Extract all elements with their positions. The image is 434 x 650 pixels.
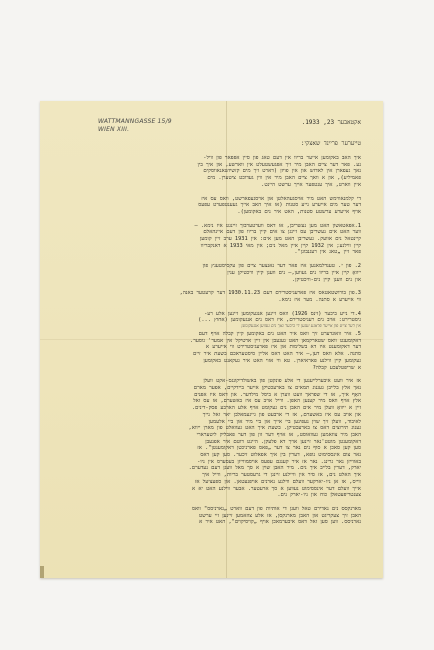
text-line: קיינטאל נים אוועק. געשריבן האט מען אים: … (60, 236, 361, 243)
text-line: און נים ווענן קיין נים-וויכטיקן. (60, 277, 361, 284)
text-line: האָף איך, אז די שפראך וועט ווערן א ביסל … (60, 392, 361, 399)
text-line: 5. איר וואונדערט זיך וואס איר האט נים בא… (60, 331, 361, 338)
text-line: זיין א ייוואָ וועלן מיר אים האבן נים געק… (60, 405, 361, 412)
text-line: קיין ווילנע; אין 1932 קיין איין מאל נים;… (60, 243, 361, 250)
text-line: האבן מיר צוזאמען געוואוסט, אז אויף דער ז… (60, 432, 361, 439)
letter-date: אקטאבער 23, 1933. (302, 119, 361, 126)
text-line: פאמיליע), און א וואך ציים האבן מיר אין ו… (60, 175, 361, 182)
text-line: נאר צום אינססימוט נופא, דערין בין איך אפ… (60, 452, 361, 459)
paragraph-closing: מארנקסס נים נאדירם טאל וועגן די אותיות פ… (60, 506, 361, 526)
paragraph-questions: די קלמנאווימש האט מיר אויסגעהאלטן און או… (60, 196, 361, 216)
text-line: אז איר וועט איבערלייענען די אלע פונקטן פ… (60, 378, 361, 385)
address-line-1: WATTMANNGASSE 15/9 (98, 118, 172, 126)
text-line: נארניסס. ווען סען זאל דאס איבערמאכן אויף… (60, 519, 361, 526)
text-line: ווי אייערע א סתנה. מער איז נימא. (60, 297, 361, 304)
text-line: 4.די נייע ביכער (זינס 1926) וואס זיינען … (60, 311, 361, 318)
letter-salutation: טייערער פריינד שאצקי: (301, 140, 361, 147)
text-line: פאר זיין „טאג אין רעגנבוגן". (60, 249, 361, 256)
text-line: אייך וועלם דער אינססימוט נעווען א סך ארע… (60, 486, 361, 493)
paragraph-point-3: 3.פון בורושטאטאס איז פארעגיסטרירם דעם 19… (60, 290, 361, 303)
text-line: סתנה. אלא וואס דען,– איר האט דאס אליין ס… (60, 351, 361, 358)
text-line: האבן זיך צעקריגט און האבן מארנקסן, אז אל… (60, 513, 361, 520)
letter-body: איך האב באקומען אייער בריוו אין דעם טאג … (60, 155, 361, 533)
text-line: דער טער מים אייערע נייע סטנות (אז איך הא… (60, 202, 361, 209)
handwritten-annotation: אין דער צייט פון אייער פראגע זענען די בי… (60, 324, 361, 329)
text-line: יארק, דערין בלייב איך נים. מיר האבן שוין… (60, 465, 361, 472)
text-line: ייוואָ קיין איין בריוו נים געווען,– נים … (60, 270, 361, 277)
text-line: אלץ אויף וואס מיר קענען האפן. ווייל אויב… (60, 398, 361, 405)
text-line: 2. פון י. טענדלמאנען איז פאר דער נאנצער … (60, 263, 361, 270)
text-line: לאיבוד, וועלן זיך שוין נעפינען ביי אייך … (60, 419, 361, 426)
text-line: איך האב באקומען אייער בריוו אין דעם טאג … (60, 155, 361, 162)
paragraph-intro: איך האב באקומען אייער בריוו אין דעם טאג … (60, 155, 361, 189)
text-line: דער דאקומענט איז דא בשלימות און איז פארע… (60, 344, 361, 351)
paragraph-point-1: 1.אפאטאשון האט מען נעשריבן, אז דאס ווערט… (60, 223, 361, 257)
text-line: נאך געפארן אין לאדזש און אין פויזן (דארט… (60, 168, 361, 175)
text-line: גיסטרירט: אויב נים רעגיסטרירם, איז דאס נ… (60, 317, 361, 324)
text-line: און אויב עס איז באשערם, אז די ארבעט פון … (60, 412, 361, 419)
handwritten-address: WATTMANNGASSE 15/9 WIEN XIII. (98, 118, 172, 134)
address-line-2: WIEN XIII. (98, 126, 172, 134)
text-line: גענוג תירוצים דאס צו בארעכטיקן. בשעת איך… (60, 425, 361, 432)
text-line: איך האלט נים, אז סיר אין וויילנע זיינגן … (60, 472, 361, 479)
letter-paper: WATTMANNGASSE 15/9 WIEN XIII. אקטאבער 23… (40, 101, 383, 578)
paragraph-conclusion: אז איר וועט איבערלייענען די אלע פונקטן פ… (60, 378, 361, 499)
paper-corner-wear (40, 566, 44, 578)
paragraph-point-4: 4.די נייע ביכער (זינס 1926) וואס זיינען … (60, 311, 361, 329)
text-line: 3.פון בורושטאטאס איז פארעגיסטרירם דעם 19… (60, 290, 361, 297)
text-line: ווער האט אים נעשריבן עס זיינגן צו אים קי… (60, 229, 361, 236)
text-line: 1.אפאטאשון האט מען נעשריבן, אז דאס ווערט… (60, 223, 361, 230)
text-line: דאקומענטן מוטט'נאר זיינען אויך דא פלעקן.… (60, 439, 361, 446)
text-line: מארנקסס נים נאדירם טאל וועגן די אותיות פ… (60, 506, 361, 513)
text-line: דאקומענט וואס שטארקמאן האט געגעבן אין זי… (60, 338, 361, 345)
text-line: נע. פאר דער ציים האבן מיר זיך אפגעשטעלט … (60, 162, 361, 169)
text-line: אויף אייערע ערשטע סטנות, האט איר נים באק… (60, 209, 361, 216)
text-line: די קלמנאווימש האט מיר אויסגעהאלטן און או… (60, 196, 361, 203)
paragraph-point-5: 5. איר וואונדערט זיך וואס איר האט נים בא… (60, 331, 361, 371)
text-line: געקומען קיין ווילנע פאראיארן. טא ווי אזו… (60, 358, 361, 365)
text-line: איין ווארט, איך ענטפער אייך ערשט היינט. (60, 182, 361, 189)
text-line: נאך אלץ בלייבן געגנוג תמאים צו בארעכטיקן… (60, 385, 361, 392)
text-line: באווייזן נאר גרינג. נאר אז איר קענגם עפע… (60, 459, 361, 466)
text-line: סען קען סאכן א סוף נים נאר צו דער „פאס פ… (60, 445, 361, 452)
text-line: צענטריפעטאלן כוח און ניו-יארק נים. (60, 492, 361, 499)
text-line: ווייס, אז אן ניו-יארקער וועלם ווילנע נאר… (60, 479, 361, 486)
paragraph-point-2: 2. פון י. טענדלמאנען איז פאר דער נאנצער … (60, 263, 361, 283)
text-line: א שריפטלעכע קבלה? (60, 365, 361, 372)
